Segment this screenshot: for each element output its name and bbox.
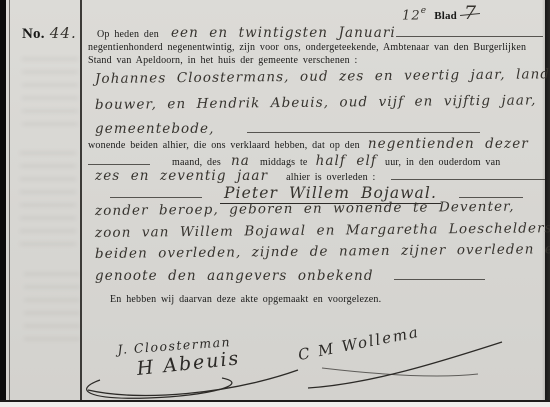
ink-bleed-smudge <box>22 55 78 125</box>
sheet-number: 12 <box>402 8 421 23</box>
deceased-label-printed: alhier is overleden : <box>286 172 375 183</box>
registrar-line-printed: negentienhonderd negenentwintig, zijn vo… <box>88 42 526 53</box>
declaration-line-1: wonende beiden alhier, die ons verklaard… <box>88 136 545 152</box>
sheet-label: Blad <box>434 10 457 22</box>
occupation-handwritten: gemeentebode, <box>95 121 215 137</box>
blank-rule <box>88 152 150 165</box>
sheet-number-suffix: e <box>421 6 427 16</box>
form-text-line: Stand van Apeldoorn, in het huis der gem… <box>88 55 358 66</box>
blank-rule <box>247 120 480 133</box>
dash-rule <box>110 185 202 198</box>
declaration-printed: wonende beiden alhier, die ons verklaard… <box>88 140 360 151</box>
act-number: No. 44. <box>22 24 77 43</box>
act-number-label: No. <box>22 26 45 43</box>
opening-date-printed: Op heden den <box>97 29 159 40</box>
scan-bottom-margin <box>0 402 550 407</box>
blank-rule <box>394 267 485 280</box>
form-text-line: negentienhonderd negenentwintig, zijn vo… <box>88 42 526 53</box>
act-number-value: 44. <box>50 24 77 42</box>
declaration-line-3: zes en zeventig jaar alhier is overleden… <box>95 167 545 184</box>
margin-rule <box>80 0 82 401</box>
sheet-value-wrap: 7 <box>464 2 477 24</box>
sheet-number-handwritten: 12e <box>402 6 427 24</box>
spouse-unknown-handwritten: genoote den aangevers onbekend <box>95 268 374 284</box>
opening-date-line: Op heden den een en twintigsten Januari <box>97 24 543 41</box>
blank-rule <box>391 167 545 180</box>
blank-rule <box>396 24 543 37</box>
ink-bleed-smudge <box>20 150 76 245</box>
municipality-line-printed: Stand van Apeldoorn, in het huis der gem… <box>88 55 358 66</box>
death-date-handwritten: negentienden dezer <box>368 136 529 152</box>
particulars-line-4: genoote den aangevers onbekend <box>95 267 485 284</box>
declarant-line-3: gemeentebode, <box>95 120 480 137</box>
closing-printed: En hebben wij daarvan deze akte opgemaak… <box>110 294 381 305</box>
opening-date-handwritten: een en twintigsten Januari <box>171 25 396 41</box>
ink-bleed-smudge <box>24 270 80 340</box>
age-handwritten: zes en zeventig jaar <box>95 168 268 184</box>
closing-line: En hebben wij daarvan deze akte opgemaak… <box>110 294 381 305</box>
sheet-header: 12e Blad 7 <box>402 2 477 24</box>
scan-left-edge <box>0 0 6 407</box>
page-fold-line <box>9 0 10 401</box>
dash-rule <box>459 185 523 198</box>
death-certificate-scan: 12e Blad 7 No. 44. Op heden den een en t… <box>0 0 550 407</box>
